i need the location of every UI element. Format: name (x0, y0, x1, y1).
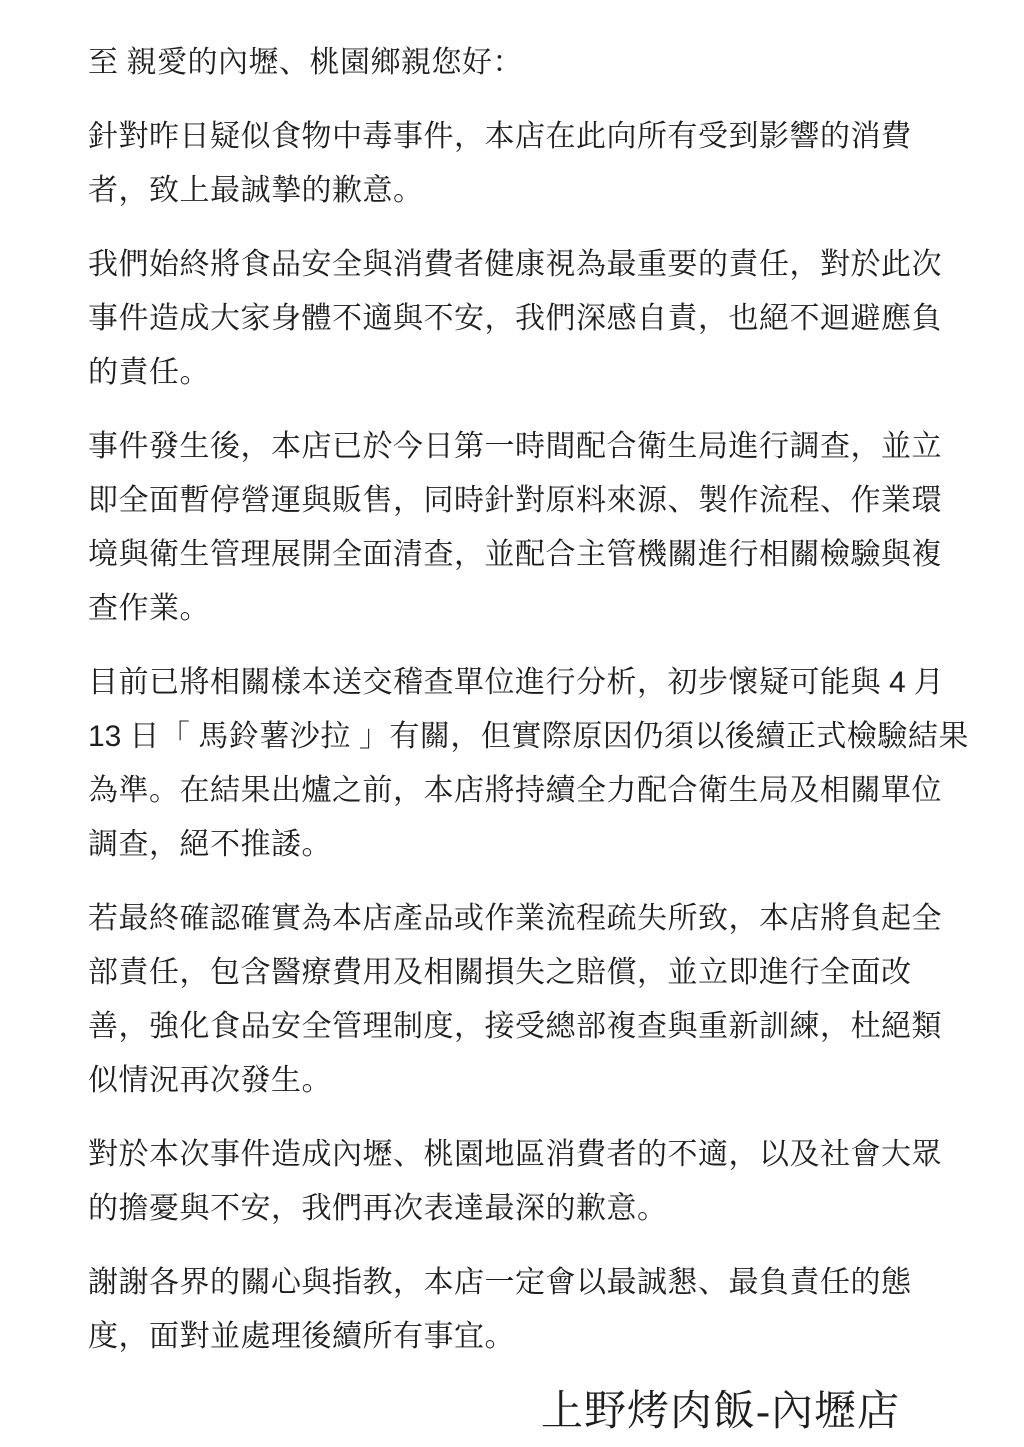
paragraph-line: 善，強化食品安全管理制度，接受總部複查與重新訓練，杜絕類 (88, 1000, 900, 1054)
paragraph-line: 事件發生後，本店已於今日第一時間配合衛生局進行調查，並立 (88, 420, 900, 474)
paragraph-second-apology: 對於本次事件造成內壢、桃園地區消費者的不適，以及社會大眾 的擔憂與不安，我們再次… (88, 1128, 900, 1236)
paragraph-line: 度，面對並處理後續所有事宜。 (88, 1310, 900, 1364)
paragraph-line: 的責任。 (88, 346, 900, 400)
paragraph-line: 調查，絕不推諉。 (88, 818, 900, 872)
paragraph-line: 目前已將相關樣本送交稽查單位進行分析，初步懷疑可能與 4 月 (88, 656, 900, 710)
paragraph-line: 查作業。 (88, 582, 900, 636)
paragraph-line: 為準。在結果出爐之前，本店將持續全力配合衛生局及相關單位 (88, 764, 900, 818)
paragraph-investigation: 事件發生後，本店已於今日第一時間配合衛生局進行調查，並立 即全面暫停營運與販售，… (88, 420, 900, 636)
paragraph-line: 謝謝各界的關心與指教，本店一定會以最誠懇、最負責任的態 (88, 1256, 900, 1310)
paragraph-line: 若最終確認確實為本店產品或作業流程疏失所致，本店將負起全 (88, 892, 900, 946)
paragraph-line: 對於本次事件造成內壢、桃園地區消費者的不適，以及社會大眾 (88, 1128, 900, 1182)
apology-letter-page: 至 親愛的內壢、桃園鄉親您好： 針對昨日疑似食物中毒事件，本店在此向所有受到影響… (0, 0, 1024, 1447)
paragraph-line: 部責任，包含醫療費用及相關損失之賠償，並立即進行全面改 (88, 946, 900, 1000)
paragraph-apology-intro: 針對昨日疑似食物中毒事件，本店在此向所有受到影響的消費 者，致上最誠摯的歉意。 (88, 110, 900, 218)
paragraph-line: 13 日「 馬鈴薯沙拉 」有關，但實際原因仍須以後續正式檢驗結果 (88, 710, 900, 764)
paragraph-sample-analysis: 目前已將相關樣本送交稽查單位進行分析，初步懷疑可能與 4 月 13 日「 馬鈴薯… (88, 656, 900, 872)
date-day-number: 13 (88, 720, 121, 753)
paragraph-line: 針對昨日疑似食物中毒事件，本店在此向所有受到影響的消費 (88, 110, 900, 164)
paragraph-line: 者，致上最誠摯的歉意。 (88, 164, 900, 218)
paragraph-responsibility: 我們始終將食品安全與消費者健康視為最重要的責任，對於此次 事件造成大家身體不適與… (88, 238, 900, 400)
date-month-number: 4 (889, 666, 906, 699)
paragraph-line: 似情況再次發生。 (88, 1054, 900, 1108)
line-text-segment: 日「 馬鈴薯沙拉 」有關，但實際原因仍須以後續正式檢驗結果 (121, 720, 969, 753)
paragraph-closing-thanks: 謝謝各界的關心與指教，本店一定會以最誠懇、最負責任的態 度，面對並處理後續所有事… (88, 1256, 900, 1364)
salutation: 至 親愛的內壢、桃園鄉親您好： (88, 36, 900, 90)
paragraph-line: 我們始終將食品安全與消費者健康視為最重要的責任，對於此次 (88, 238, 900, 292)
paragraph-compensation: 若最終確認確實為本店產品或作業流程疏失所致，本店將負起全 部責任，包含醫療費用及… (88, 892, 900, 1108)
line-text-segment: 目前已將相關樣本送交稽查單位進行分析，初步懷疑可能與 (88, 666, 889, 699)
paragraph-line: 即全面暫停營運與販售，同時針對原料來源、製作流程、作業環 (88, 474, 900, 528)
paragraph-line: 境與衛生管理展開全面清查，並配合主管機關進行相關檢驗與複 (88, 528, 900, 582)
paragraph-line: 事件造成大家身體不適與不安，我們深感自責，也絕不迴避應負 (88, 292, 900, 346)
line-text-segment: 月 (906, 666, 945, 699)
signature-store-name: 上野烤肉飯-內壢店 (88, 1384, 900, 1440)
paragraph-line: 的擔憂與不安，我們再次表達最深的歉意。 (88, 1182, 900, 1236)
